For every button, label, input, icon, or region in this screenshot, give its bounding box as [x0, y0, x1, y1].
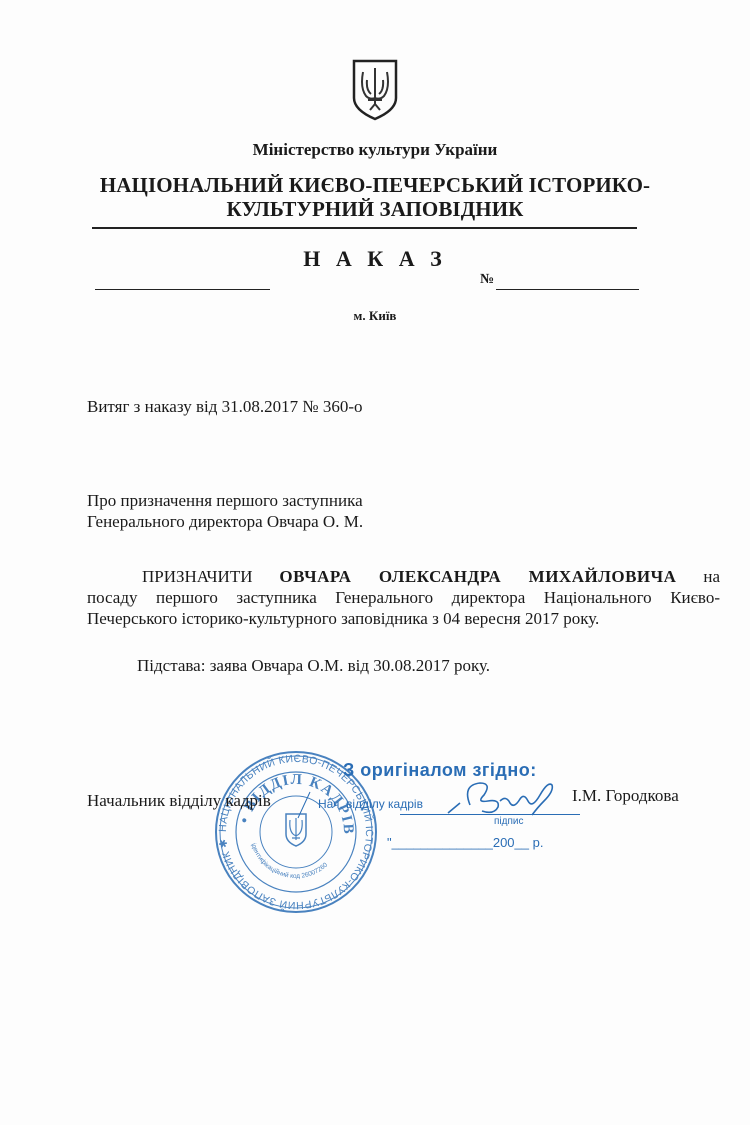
number-blank-line [496, 289, 639, 290]
certification-date-template: "______________200__ р. [387, 835, 543, 850]
trident-coat-of-arms-icon [350, 58, 400, 122]
number-label: № [480, 272, 494, 288]
appointment-line-2: посаду першого заступника Генерального д… [87, 587, 720, 608]
city: м. Київ [0, 308, 750, 324]
order-subject: Про призначення першого заступника Генер… [87, 490, 487, 532]
subject-line-1: Про призначення першого заступника [87, 490, 487, 511]
appointment-line-3: Печерського історико-культурного заповід… [87, 608, 720, 629]
appoint-tail: на [703, 567, 720, 586]
signatory-name: І.М. Городкова [572, 785, 679, 806]
ministry-name: Міністерство культури України [0, 140, 750, 160]
header-rule [92, 227, 637, 229]
organization-line-1: НАЦІОНАЛЬНИЙ КИЄВО-ПЕЧЕРСЬКИЙ ІСТОРИКО- [0, 173, 750, 197]
appointee-name: ОВЧАРА ОЛЕКСАНДРА МИХАЙЛОВИЧА [279, 567, 676, 586]
extract-reference: Витяг з наказу від 31.08.2017 № 360-о [87, 396, 362, 417]
appointment-paragraph: ПРИЗНАЧИТИ ОВЧАРА ОЛЕКСАНДРА МИХАЙЛОВИЧА… [87, 566, 720, 629]
appointment-line-1: ПРИЗНАЧИТИ ОВЧАРА ОЛЕКСАНДРА МИХАЙЛОВИЧА… [87, 566, 720, 587]
certification-department: Нач. відділу кадрів [318, 797, 423, 811]
signatory-title: Начальник відділу кадрів [87, 790, 271, 811]
organization-name: НАЦІОНАЛЬНИЙ КИЄВО-ПЕЧЕРСЬКИЙ ІСТОРИКО- … [0, 173, 750, 221]
subject-line-2: Генерального директора Овчара О. М. [87, 511, 487, 532]
organization-line-2: КУЛЬТУРНИЙ ЗАПОВІДНИК [0, 197, 750, 221]
date-blank-line [95, 289, 270, 290]
slash-mark [280, 790, 320, 820]
appoint-verb: ПРИЗНАЧИТИ [142, 567, 252, 586]
signature-caption: підпис [494, 816, 523, 827]
handwritten-signature [440, 775, 560, 820]
basis-line: Підстава: заява Овчара О.М. від 30.08.20… [137, 655, 490, 676]
document-type: Н А К А З [0, 246, 750, 272]
